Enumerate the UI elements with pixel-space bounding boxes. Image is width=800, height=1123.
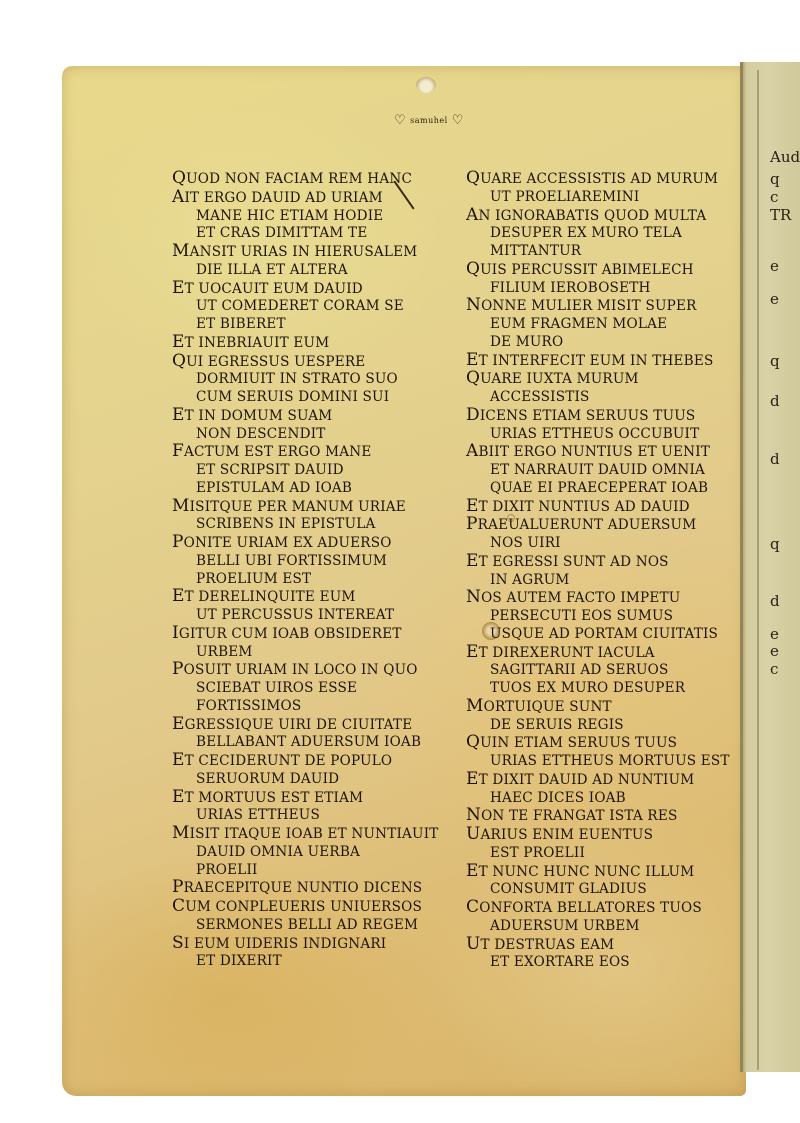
- text-line: quin etiam seruus tuus: [466, 734, 730, 753]
- text-line: usque ad portam ciuitatis: [466, 626, 730, 644]
- text-line: non descendit: [172, 426, 439, 444]
- text-line: Si eum uideris indignari: [172, 935, 439, 954]
- text-line: Et nunc hunc nunc illum: [466, 863, 730, 882]
- text-line: dauid omnia uerba: [172, 844, 439, 862]
- text-line: Praecepitque nuntio dicens: [172, 879, 439, 898]
- text-line: haec dices ioab: [466, 790, 730, 808]
- text-line: in agrum: [466, 572, 730, 590]
- text-line: Posuit uriam in loco in quo: [172, 661, 439, 680]
- text-line: tuos ex muro desuper: [466, 680, 730, 698]
- text-line: filium ieroboseth: [466, 280, 730, 298]
- text-line: Et inebriauit eum: [172, 334, 439, 353]
- heart-flourish-icon: ♡: [394, 113, 406, 128]
- text-line: Et dixit nuntius ad dauid: [466, 498, 730, 517]
- text-line: Igitur cum ioab obsideret: [172, 625, 439, 644]
- text-line: Misit itaque ioab et nuntiauit: [172, 825, 439, 844]
- text-line: persecuti eos sumus: [466, 608, 730, 626]
- text-line: aduersum urbem: [466, 918, 730, 936]
- gutter-crease: [757, 70, 759, 1070]
- text-line: de muro: [466, 334, 730, 352]
- text-line: quare accessistis ad murum: [466, 170, 730, 189]
- text-line: Non te frangat ista res: [466, 807, 730, 826]
- facing-page-fragment: Aud: [770, 148, 800, 166]
- text-line: est proelii: [466, 845, 730, 863]
- text-line: urbem: [172, 644, 439, 662]
- text-line: Ut destruas eam: [466, 936, 730, 955]
- facing-page-fragment: e: [770, 642, 779, 660]
- text-line: ut proeliaremini: [466, 189, 730, 207]
- running-head-title: samuhel: [410, 116, 448, 125]
- text-line: de seruis regis: [466, 717, 730, 735]
- text-line: urias ettheus mortuus est: [466, 753, 730, 771]
- text-line: Et dixit dauid ad nuntium: [466, 771, 730, 790]
- text-line: Conforta bellatores tuos: [466, 899, 730, 918]
- facing-page-fragment: e: [770, 257, 779, 275]
- text-line: Egressique uiri de ciuitate: [172, 716, 439, 735]
- text-line: Et interfecit eum in thebes: [466, 352, 730, 371]
- text-column-left: quod non faciam rem hancAit ergo dauid a…: [172, 170, 439, 971]
- text-line: qui egressus uespere: [172, 353, 439, 372]
- heart-flourish-icon: ♡: [452, 113, 464, 128]
- facing-page-fragment: q: [770, 170, 780, 188]
- text-line: et biberet: [172, 316, 439, 334]
- text-line: et cras dimittam te: [172, 225, 439, 243]
- text-line: accessistis: [466, 389, 730, 407]
- text-line: quis percussit abimelech: [466, 261, 730, 280]
- facing-page-fragment: q: [770, 352, 780, 370]
- facing-page-fragment: c: [770, 188, 778, 206]
- text-line: scribens in epistula: [172, 516, 439, 534]
- text-line: proelii: [172, 862, 439, 880]
- text-line: Factum est ergo mane: [172, 443, 439, 462]
- text-line: Et direxerunt iacula: [466, 644, 730, 663]
- facing-page-fragment: e: [770, 625, 779, 643]
- text-line: Abiit ergo nuntius et uenit: [466, 443, 730, 462]
- text-line: die illa et altera: [172, 262, 439, 280]
- text-line: Mortuique sunt: [466, 698, 730, 717]
- text-line: et exortare eos: [466, 954, 730, 972]
- text-line: Ponite uriam ex aduerso: [172, 534, 439, 553]
- text-line: Cum conpleueris uniuersos: [172, 898, 439, 917]
- text-line: cum seruis domini sui: [172, 389, 439, 407]
- text-line: proelium est: [172, 571, 439, 589]
- text-line: desuper ex muro tela: [466, 225, 730, 243]
- text-line: sermones belli ad regem: [172, 917, 439, 935]
- text-line: Praeualuerunt aduersum: [466, 516, 730, 535]
- facing-page-fragment: q: [770, 535, 780, 553]
- text-line: Et egressi sunt ad nos: [466, 553, 730, 572]
- text-line: Ait ergo dauid ad uriam: [172, 189, 439, 208]
- text-line: Dicens etiam seruus tuus: [466, 407, 730, 426]
- text-line: mane hic etiam hodie: [172, 208, 439, 226]
- text-line: quae ei praeceperat ioab: [466, 480, 730, 498]
- text-line: fortissimos: [172, 698, 439, 716]
- text-line: Et in domum suam: [172, 407, 439, 426]
- text-line: et scripsit dauid: [172, 462, 439, 480]
- facing-page-fragment: TR: [770, 206, 791, 224]
- text-line: ut comederet coram se: [172, 298, 439, 316]
- facing-page-fragment: d: [770, 592, 780, 610]
- text-line: sciebat uiros esse: [172, 680, 439, 698]
- text-line: consumit gladius: [466, 881, 730, 899]
- facing-page-fragment: c: [770, 660, 778, 678]
- text-line: belli ubi fortissimum: [172, 553, 439, 571]
- text-line: seruorum dauid: [172, 771, 439, 789]
- text-line: sagittarii ad seruos: [466, 662, 730, 680]
- text-line: Mansit urias in hierusalem: [172, 243, 439, 262]
- text-line: An ignorabatis quod multa: [466, 207, 730, 226]
- text-line: quare iuxta murum: [466, 370, 730, 389]
- text-line: Et ceciderunt de populo: [172, 752, 439, 771]
- text-line: Nonne mulier misit super: [466, 297, 730, 316]
- facing-page-fragment: d: [770, 392, 780, 410]
- facing-page-fragment: d: [770, 450, 780, 468]
- running-head: ♡ samuhel ♡: [394, 113, 464, 128]
- text-line: mittantur: [466, 243, 730, 261]
- text-line: misitque per manum uriae: [172, 498, 439, 517]
- parchment-hole: [416, 77, 436, 93]
- text-line: Et mortuus est etiam: [172, 789, 439, 808]
- text-line: Et uocauit eum dauid: [172, 280, 439, 299]
- text-line: epistulam ad ioab: [172, 480, 439, 498]
- text-line: et narrauit dauid omnia: [466, 462, 730, 480]
- text-line: Et derelinquite eum: [172, 588, 439, 607]
- text-line: nos uiri: [466, 535, 730, 553]
- text-line: urias etthеus: [172, 807, 439, 825]
- text-line: urias ettheus occubuit: [466, 426, 730, 444]
- text-line: ut percussus intereat: [172, 607, 439, 625]
- text-line: Uarius enim euentus: [466, 826, 730, 845]
- text-line: bellabant aduersum ioab: [172, 734, 439, 752]
- facing-page-fragment: e: [770, 290, 779, 308]
- text-column-right: quare accessistis ad murumut proeliaremi…: [466, 170, 730, 972]
- text-line: dormiuit in strato suo: [172, 371, 439, 389]
- text-line: et dixerit: [172, 953, 439, 971]
- text-line: eum fragmen molae: [466, 316, 730, 334]
- text-line: Nos autem facto impetu: [466, 589, 730, 608]
